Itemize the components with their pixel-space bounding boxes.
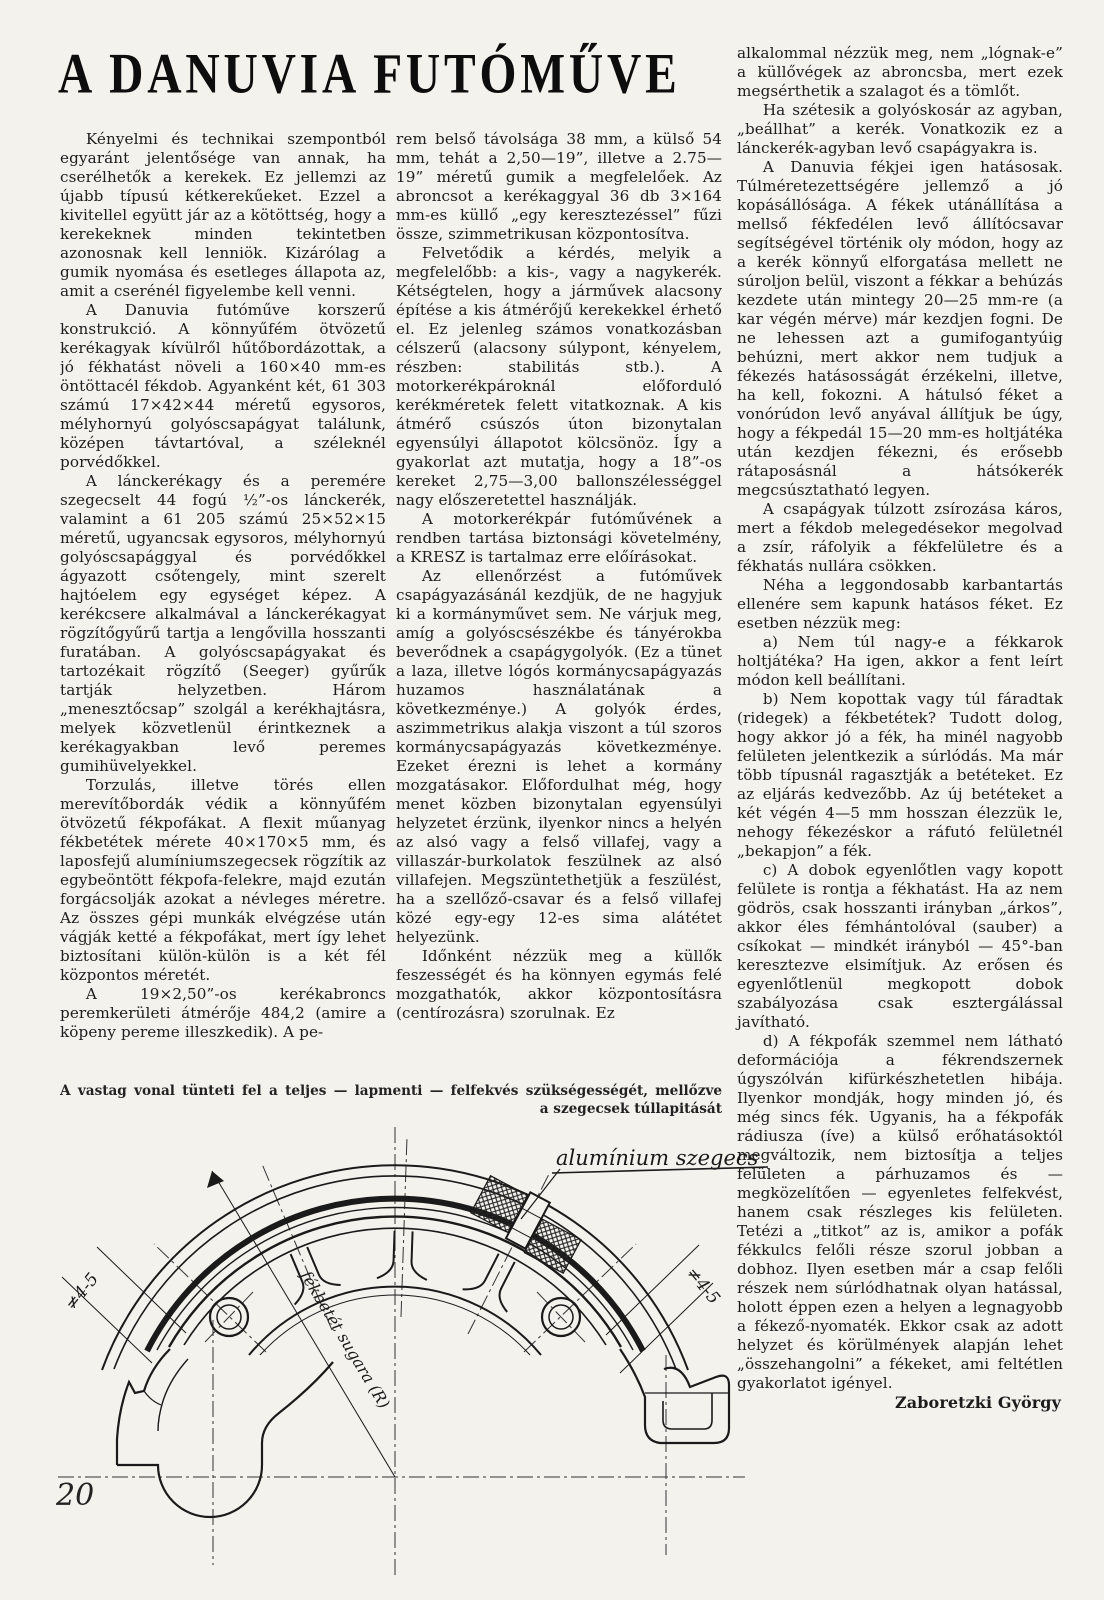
paragraph: Felvetődik a kérdés, melyik a megfelelőb… bbox=[396, 244, 722, 510]
figure-caption-line2: a szegecsek túllapitását bbox=[60, 1100, 722, 1118]
paragraph: A motorkerékpár futóművének a rendben ta… bbox=[396, 510, 722, 567]
paragraph: Időnként nézzük meg a küllők feszességét… bbox=[396, 947, 722, 1023]
paragraph: Az ellenőrzést a futóművek csapágyazásán… bbox=[396, 567, 722, 947]
paragraph: Kényelmi és technikai szempontból egyará… bbox=[60, 130, 386, 301]
page-number: 20 bbox=[56, 1478, 94, 1513]
thickness-label-right: ≠4-5 bbox=[682, 1263, 724, 1308]
paragraph: Ha szétesik a golyóskosár az agyban, „be… bbox=[737, 101, 1063, 158]
paragraph: A lánckerékagy és a peremére szegecselt … bbox=[60, 472, 386, 776]
paragraph: c) A dobok egyenlőtlen vagy kopott felül… bbox=[737, 861, 1063, 1032]
rivet-label: alumínium szegecs bbox=[556, 1146, 759, 1170]
paragraph: Néha a leggondosabb karbantartás ellenér… bbox=[737, 576, 1063, 633]
paragraph: b) Nem kopottak vagy túl fáradtak (rideg… bbox=[737, 690, 1063, 861]
paragraph: A csapágyak túlzott zsírozása káros, mer… bbox=[737, 500, 1063, 576]
paragraph: Torzulás, illetve törés ellen merevítőbo… bbox=[60, 776, 386, 985]
paragraph: A Danuvia fékjei igen hatásosak. Túlmére… bbox=[737, 158, 1063, 500]
column-2: rem belső távolsága 38 mm, a külső 54 mm… bbox=[396, 130, 722, 1080]
column-1: Kényelmi és technikai szempontból egyará… bbox=[60, 130, 386, 1080]
page-title: A DANUVIA FUTÓMŰVE bbox=[58, 40, 628, 106]
thickness-label-left: ≠4-5 bbox=[61, 1269, 103, 1314]
paragraph: alkalommal nézzük meg, nem „lógnak-e” a … bbox=[737, 44, 1063, 101]
radius-label: fékbetét sugara (R) bbox=[296, 1266, 394, 1411]
left-shoe-end bbox=[117, 1349, 333, 1517]
paragraph: A Danuvia futóműve korszerű konstrukció.… bbox=[60, 301, 386, 472]
brake-shoe-figure: alumínium szegecs fékbetét sugara (R) ≠4… bbox=[0, 1125, 1104, 1585]
paragraph: rem belső távolsága 38 mm, a külső 54 mm… bbox=[396, 130, 722, 244]
figure-caption: A vastag vonal tünteti fel a teljes — la… bbox=[60, 1082, 722, 1118]
figure-caption-line1: A vastag vonal tünteti fel a teljes — la… bbox=[60, 1082, 722, 1100]
paragraph: a) Nem túl nagy-e a fékkarok holtjátéka?… bbox=[737, 633, 1063, 690]
paragraph: A 19×2,50”-os kerékabroncs peremkerületi… bbox=[60, 985, 386, 1042]
